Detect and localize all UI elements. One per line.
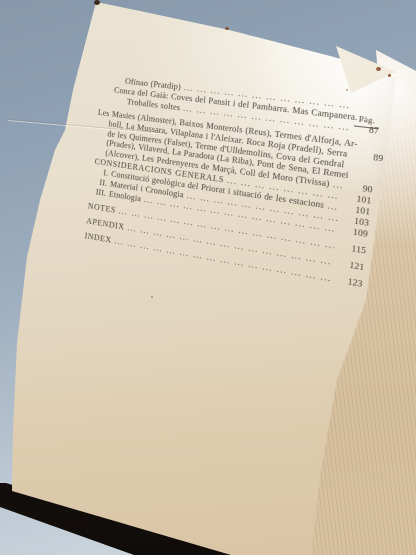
foxing-spot <box>388 74 391 77</box>
toc-page-number: 115 <box>337 241 367 257</box>
foxing-spot <box>376 67 381 71</box>
foxing-spot <box>225 27 229 30</box>
toc-roman-numeral: III. <box>93 187 107 199</box>
dot-leader <box>344 167 351 168</box>
book-photo: Pàg. Ofinao (Pratdip)... ... ... ... ...… <box>0 0 416 555</box>
foxing-spot <box>346 89 348 91</box>
toc-entry-text: APENDIX <box>86 216 125 232</box>
dot-leader <box>348 179 355 180</box>
dot-leader <box>357 147 364 148</box>
page-edge-stain <box>94 0 100 5</box>
toc-page-number: 121 <box>335 257 365 273</box>
toc-page-number <box>352 109 381 112</box>
foxing-spot <box>151 296 153 298</box>
dot-leader: ... ... ... ... ... ... ... ... ... ... … <box>357 112 365 124</box>
toc-entry-text: NOTES <box>87 201 116 215</box>
